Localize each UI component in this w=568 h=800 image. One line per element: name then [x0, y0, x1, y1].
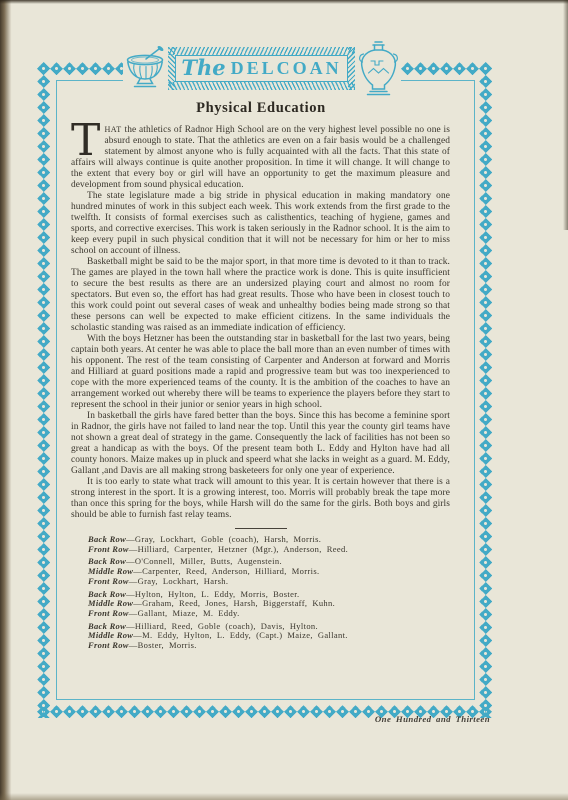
photo-captions: Back Row—Gray, Lockhart, Goble (coach), …	[88, 535, 450, 651]
masthead-title: The DELCOAN	[175, 55, 348, 82]
paragraph-4: With the boys Hetzner has been the outst…	[71, 334, 450, 411]
masthead-banner: The DELCOAN	[168, 47, 355, 90]
paragraph-1: THAT the athletics of Radnor High School…	[71, 124, 450, 191]
paragraph-6: It is too early to state what track will…	[71, 477, 450, 521]
page-edge-shadow-right	[563, 0, 568, 230]
yearbook-page: The DELCOAN Physical Education THAT the …	[0, 0, 568, 800]
mortar-bowl-icon	[123, 45, 169, 89]
caption-line: Front Row—Boster, Morris.	[88, 641, 450, 651]
caption-group-1: Back Row—Gray, Lockhart, Goble (coach), …	[88, 535, 450, 554]
divider-rule	[235, 528, 287, 529]
caption-group-3: Back Row—Hylton, Hylton, L. Eddy, Morris…	[88, 590, 450, 619]
caption-line: Front Row—Gallant, Miaze, M. Eddy.	[88, 609, 450, 619]
article-title: Physical Education	[52, 100, 470, 117]
banner-hatch-left	[168, 47, 175, 90]
paragraph-5: In basketball the girls have fared bette…	[71, 411, 450, 477]
masthead-name: DELCOAN	[231, 58, 342, 79]
caption-line: Front Row—Hilliard, Carpenter, Hetzner (…	[88, 545, 450, 555]
page-edge-shadow-left	[0, 0, 12, 800]
paragraph-2: The state legislature made a big stride …	[71, 191, 450, 257]
masthead-script-word: The	[181, 55, 225, 80]
page-edge-shadow-top	[0, 0, 568, 4]
urn-icon	[355, 40, 401, 97]
lead-small-caps: HAT	[104, 125, 121, 134]
paragraph-3: Basketball might be said to be the major…	[71, 257, 450, 334]
drop-cap: T	[71, 124, 104, 157]
caption-line: Front Row—Gray, Lockhart, Harsh.	[88, 577, 450, 587]
page-edge-shadow-bottom	[0, 793, 568, 800]
page-number: One Hundred and Thirteen	[375, 714, 490, 724]
paragraph-1-text: the athletics of Radnor High School are …	[71, 125, 450, 190]
banner-hatch-top	[168, 47, 355, 55]
caption-group-4: Back Row—Hilliard, Reed, Goble (coach), …	[88, 622, 450, 651]
border-band-left	[37, 62, 50, 718]
border-band-right	[479, 62, 492, 718]
banner-hatch-bottom	[168, 82, 355, 90]
banner-hatch-right	[348, 47, 355, 90]
caption-group-2: Back Row—O'Connell, Miller, Butts, Augen…	[88, 557, 450, 586]
article-body: THAT the athletics of Radnor High School…	[71, 124, 450, 654]
